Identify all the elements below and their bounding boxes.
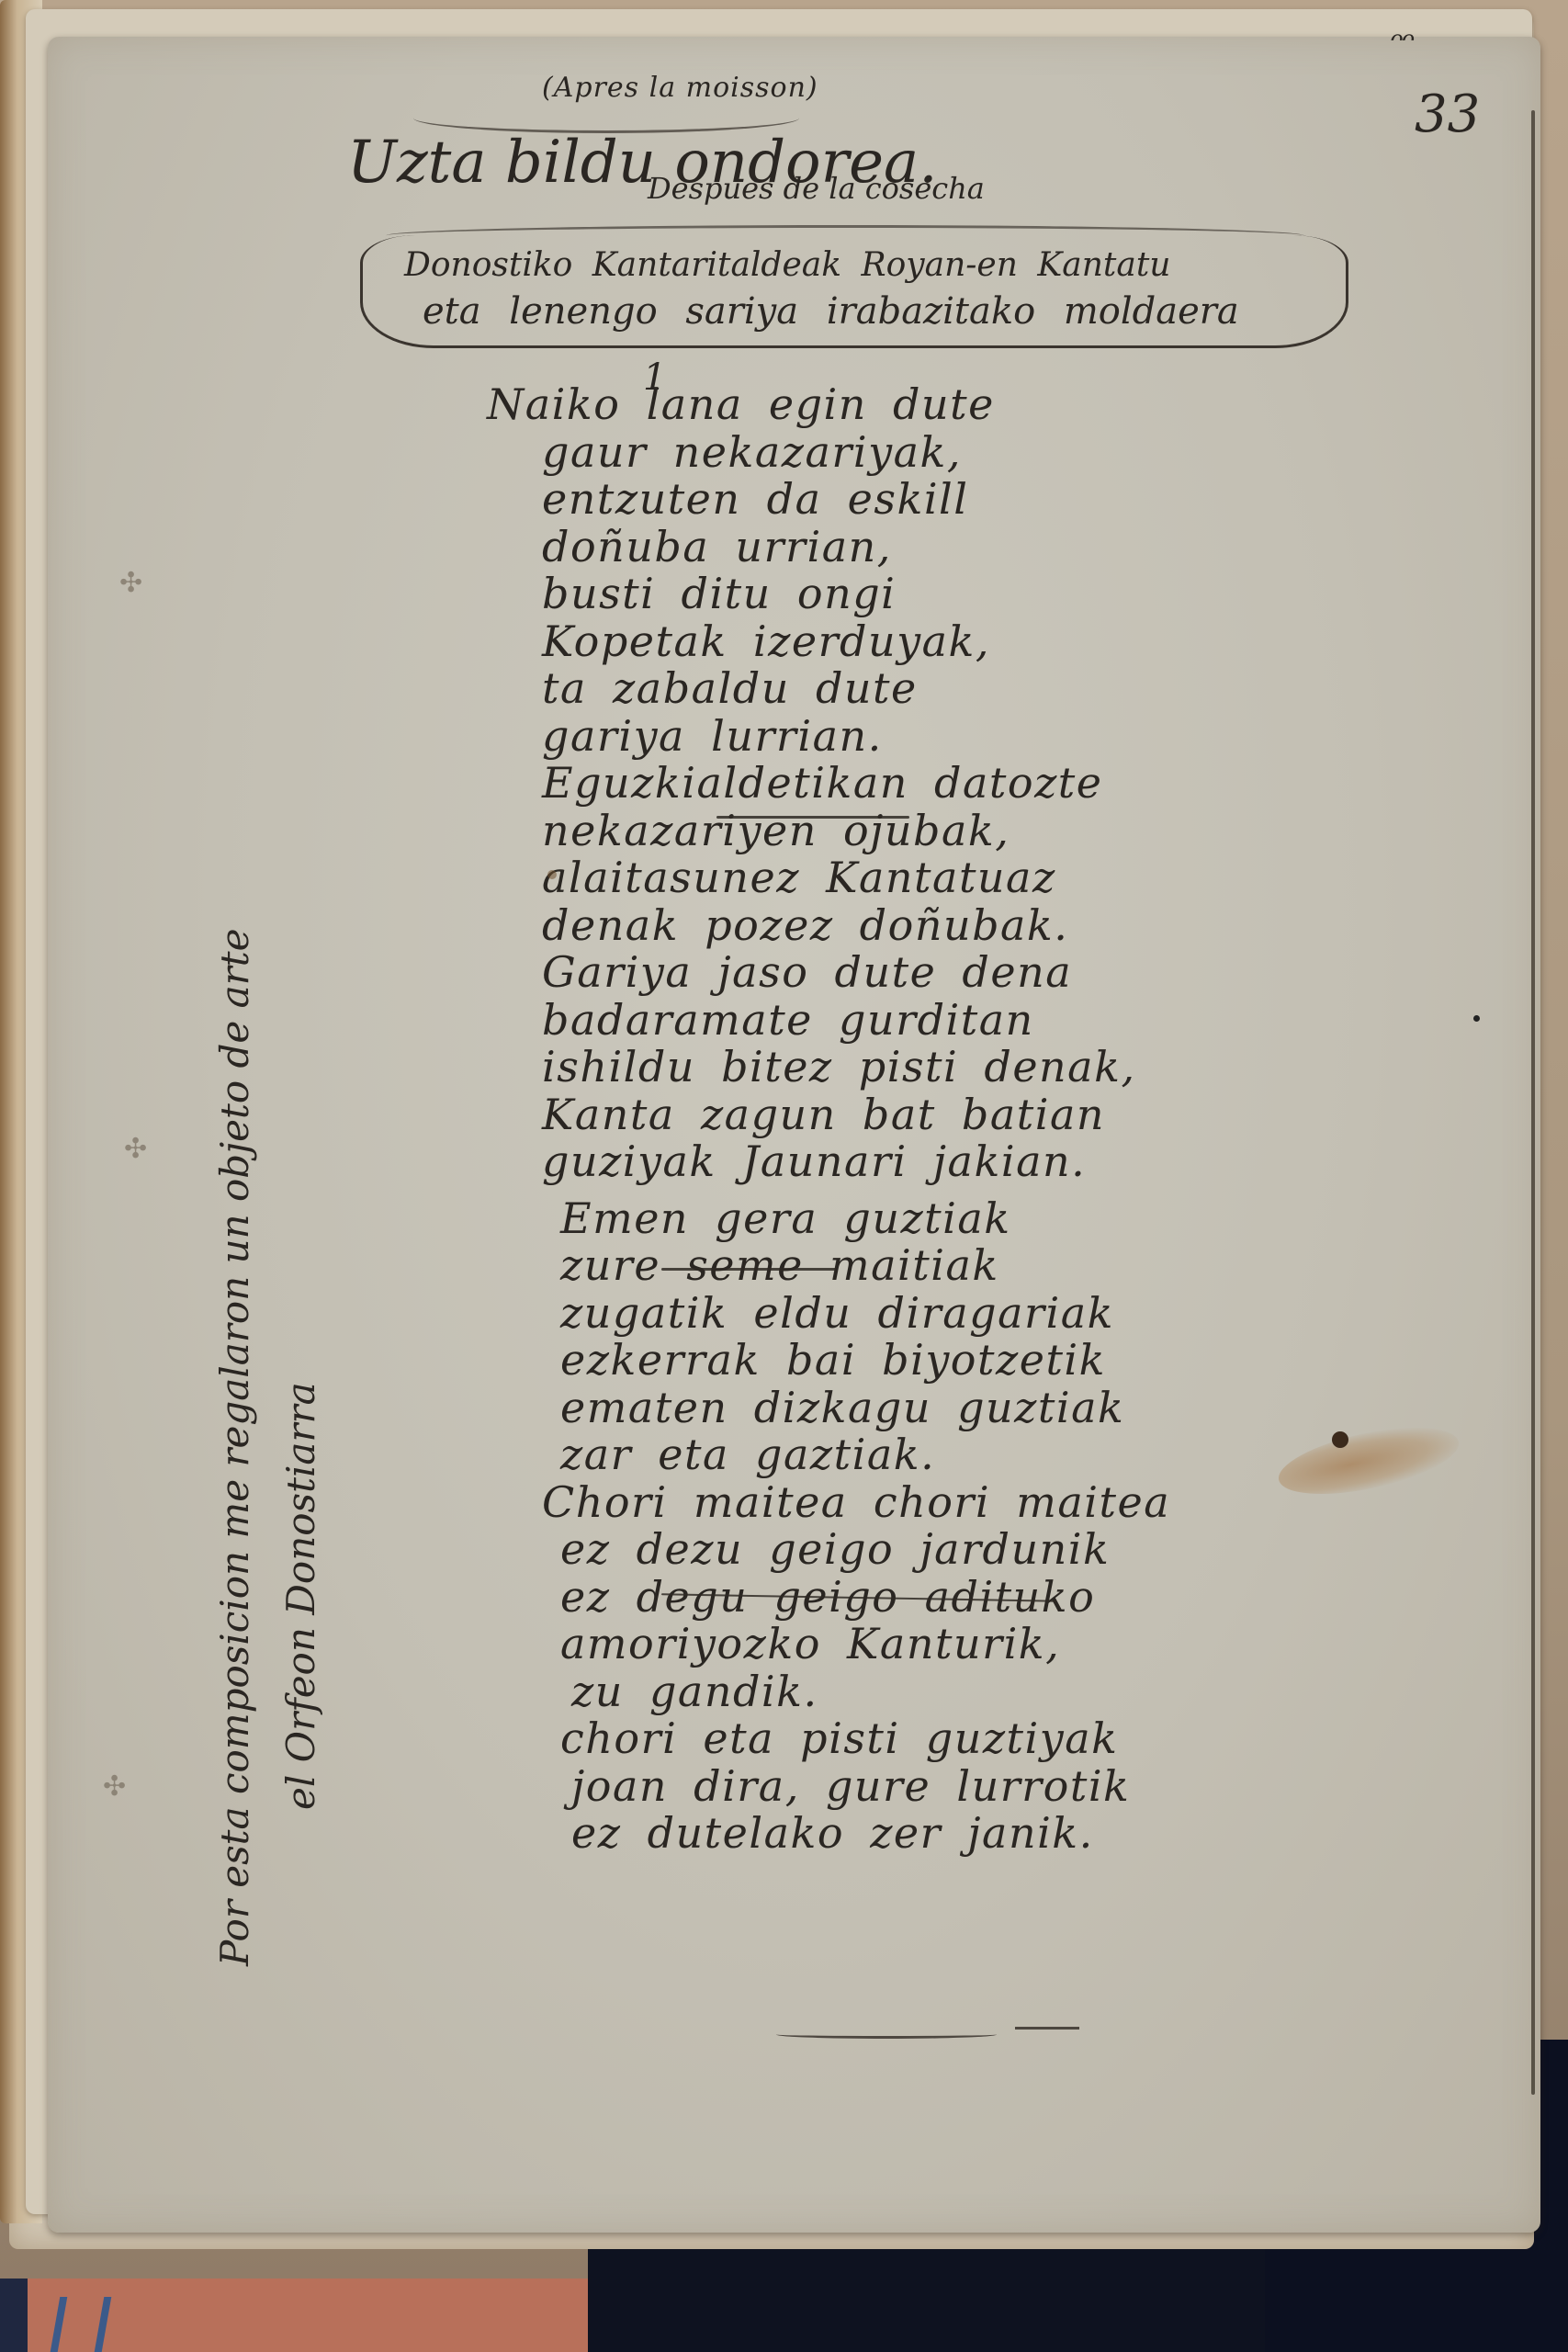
poem-line: zure seme maitiak	[487, 1242, 1170, 1290]
margin-note-line-2: el Orfeon Donostiarra	[268, 929, 334, 1966]
page-number: 33	[1415, 85, 1480, 144]
poem-line: ta zabaldu dute	[487, 665, 1170, 713]
poem-line: zu gandik.	[487, 1668, 1170, 1716]
poem-line: gaur nekazariyak,	[487, 429, 1170, 477]
poem-line: chori eta pisti guztiyak	[487, 1715, 1170, 1763]
ink-blot	[1332, 1431, 1348, 1448]
poem-line: ez dutelako zer janik.	[487, 1810, 1170, 1858]
poem-line: Kopetak izerduyak,	[487, 618, 1170, 666]
french-annotation: (Apres la moisson)	[542, 72, 818, 104]
ink-underline	[716, 816, 909, 819]
pin-hole-mark: ✣	[124, 1136, 152, 1163]
section-divider	[661, 1268, 836, 1271]
note-line-1: Donostiko Kantaritaldeak Royan-en Kantat…	[404, 246, 1170, 284]
poem-line: Kanta zagun bat batian	[487, 1091, 1170, 1139]
corner-marks: ᴖᴖ	[1389, 26, 1412, 51]
poem-line: nekazariyen ojubak,	[487, 808, 1170, 855]
end-flourish	[776, 2030, 997, 2039]
poem-line: Eguzkialdetikan datozte	[487, 760, 1170, 808]
poem-line: ishildu bitez pisti denak,	[487, 1044, 1170, 1091]
poem-line: denak pozez doñubak.	[487, 902, 1170, 950]
poem-line: gariya lurrian.	[487, 713, 1170, 761]
poem-body: Naiko lana egin dute gaur nekazariyak, e…	[487, 381, 1170, 1858]
poem-line: doñuba urrian,	[487, 524, 1170, 571]
paper-spot	[547, 870, 557, 879]
margin-note-vertical: Por esta composicion me regalaron un obj…	[202, 929, 334, 1966]
poem-line: ez dezu geigo jardunik	[487, 1526, 1170, 1574]
poem-line: entzuten da eskill	[487, 476, 1170, 524]
photo-scene: ᴖᴖ 33 (Apres la moisson) Uzta bildu ondo…	[0, 0, 1568, 2352]
poem-line: zar eta gaztiak.	[487, 1431, 1170, 1479]
note-line-2: eta lenengo sariya irabazitako moldaera	[423, 290, 1239, 333]
poem-line: Naiko lana egin dute	[487, 381, 1170, 429]
poem-line: joan dira, gure lurrotik	[487, 1763, 1170, 1811]
poem-line: guziyak Jaunari jakian.	[487, 1138, 1170, 1186]
poem-line: ematen dizkagu guztiak	[487, 1385, 1170, 1432]
poem-line: Chori maitea chori maitea	[487, 1479, 1170, 1527]
spanish-subtitle: Despues de la cosecha	[648, 171, 985, 206]
poem-line: amoriyozko Kanturik,	[487, 1621, 1170, 1668]
poem-line: zugatik eldu diragariak	[487, 1290, 1170, 1338]
page-edge-line	[1531, 110, 1535, 2095]
rug-pattern	[51, 2297, 112, 2352]
poem-line: Gariya jaso dute dena	[487, 949, 1170, 997]
end-flourish	[1015, 2027, 1079, 2030]
pin-hole-mark: ✣	[103, 1773, 130, 1801]
paper-spot	[1473, 1015, 1480, 1022]
margin-note-line-1: Por esta composicion me regalaron un obj…	[202, 929, 268, 1966]
poem-line: Emen gera guztiak	[487, 1195, 1170, 1243]
poem-line: ezkerrak bai biyotzetik	[487, 1337, 1170, 1385]
poem-line: badaramate gurditan	[487, 997, 1170, 1045]
pin-hole-mark: ✣	[119, 570, 147, 597]
rug-stripe	[0, 2278, 28, 2352]
poem-line: alaitasunez Kantatuaz	[487, 854, 1170, 902]
poem-line: busti ditu ongi	[487, 571, 1170, 618]
